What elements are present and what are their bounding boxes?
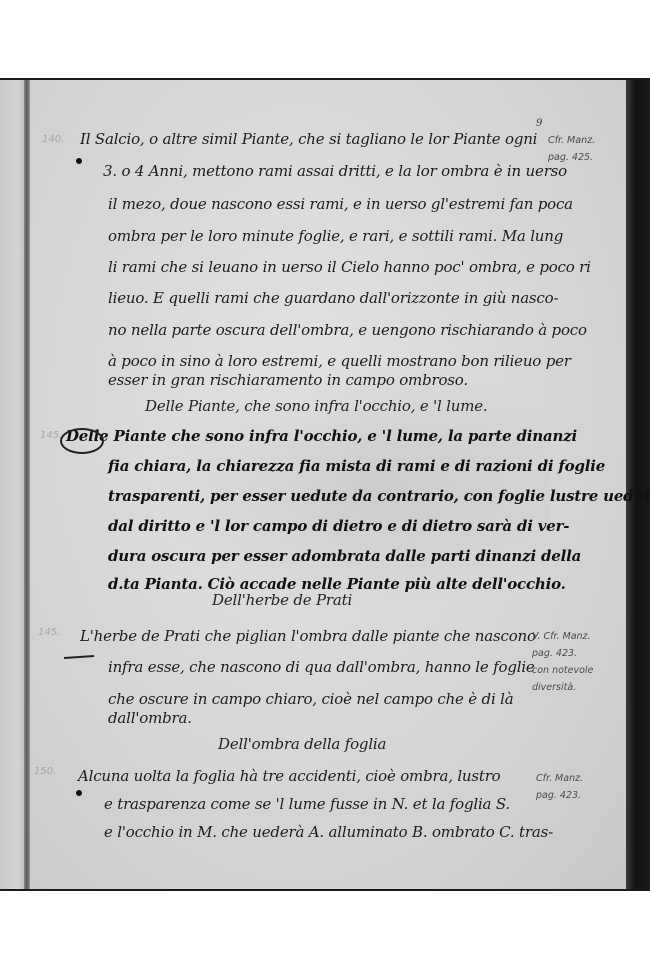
margin-note-line: pag. 423. [532,645,593,662]
margin-note-line: pag. 423. [536,787,583,804]
margin-note-line: pag. 425. [548,149,595,166]
manuscript-line: lieuo. E quelli rami che guardano dall'o… [108,289,558,307]
margin-note-line: con notevole [532,662,593,679]
manuscript-line: 3. o 4 Anni, mettono rami assai dritti, … [103,162,567,180]
margin-line-number: 140. [42,134,64,145]
page-right-edge-shadow [626,80,650,889]
manuscript-line: esser in gran rischiaramento in campo om… [108,371,468,389]
margin-note: Cfr. Manz.pag. 423. [536,770,583,804]
margin-note-line: Cfr. Manz. [548,132,595,149]
manuscript-line: e l'occhio in M. che uederà A. alluminat… [104,823,553,841]
facing-page-edge [0,80,26,889]
manuscript-line: infra esse, che nascono di qua dall'ombr… [108,658,535,676]
manuscript-line: e trasparenza come se 'l lume fusse in N… [104,795,510,813]
manuscript-line: à poco in sino à loro estremi, e quelli … [108,352,571,370]
ink-flourish-dot [76,158,82,164]
margin-note-line: Cfr. Manz. [536,770,583,787]
manuscript-line: che oscure in campo chiaro, cioè nel cam… [108,690,513,708]
manuscript-line: Delle Piante, che sono infra l'occhio, e… [145,397,488,415]
margin-line-number: 145. [40,430,62,441]
margin-note-line: diversità. [532,679,593,696]
margin-line-number: 150. [34,766,56,777]
manuscript-line: fia chiara, la chiarezza fia mista di ra… [108,457,605,475]
manuscript-line: Delle Piante che sono infra l'occhio, e … [66,427,577,445]
manuscript-line: Dell'herbe de Prati [212,591,352,609]
manuscript-line: li rami che si leuano in uerso il Cielo … [108,258,591,276]
manuscript-line: dura oscura per esser adombrata dalle pa… [108,547,581,565]
ink-flourish-dot [76,790,82,796]
manuscript-line: il mezo, doue nascono essi rami, e in ue… [108,195,573,213]
manuscript-line: trasparenti, per esser uedute da contrar… [108,487,650,505]
manuscript-line: Il Salcio, o altre simil Piante, che si … [80,130,537,148]
decorated-initial-d [60,428,104,454]
margin-line-number: 145. [38,627,60,638]
manuscript-line: Alcuna uolta la foglia hà tre accidenti,… [78,767,501,785]
manuscript-line: dal diritto e 'l lor campo di dietro e d… [108,517,569,535]
manuscript-line: L'herbe de Prati che piglian l'ombra dal… [80,627,536,645]
manuscript-line: Dell'ombra della foglia [218,735,386,753]
margin-note: V. Cfr. Manz.pag. 423.con notevoledivers… [532,628,593,696]
manuscript-line: ombra per le loro minute foglie, e rari,… [108,227,563,245]
manuscript-line: dall'ombra. [108,709,192,727]
manuscript-line: no nella parte oscura dell'ombra, e ueng… [108,321,587,339]
folio-number: 9 [536,118,542,129]
margin-note-line: V. Cfr. Manz. [532,628,593,645]
margin-note: Cfr. Manz.pag. 425. [548,132,595,166]
